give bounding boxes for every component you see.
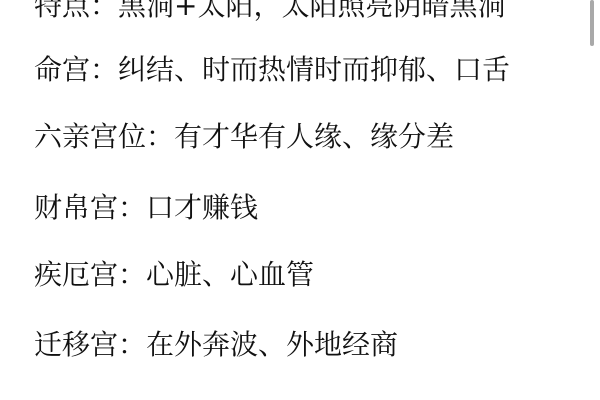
text-line-wealth-palace: 财帛宫：口才赚钱: [34, 190, 258, 226]
line-label: 迁移宫: [34, 328, 118, 361]
line-text: 黑洞+太阳，太阳照亮阴暗黑洞: [118, 0, 505, 22]
line-label: 特点: [34, 0, 90, 22]
document-page: 特点：黑洞+太阳，太阳照亮阴暗黑洞 命宫：纠结、时而热情时而抑郁、口舌 六亲宫位…: [0, 0, 600, 400]
line-separator: ：: [90, 53, 118, 86]
text-line-traits: 特点：黑洞+太阳，太阳照亮阴暗黑洞: [34, 0, 506, 24]
text-line-health-palace: 疾厄宫：心脏、心血管: [34, 257, 314, 293]
line-separator: ：: [90, 0, 118, 22]
line-separator: ：: [146, 120, 174, 153]
line-text: 纠结、时而热情时而抑郁、口舌: [118, 53, 510, 86]
text-line-life-palace: 命宫：纠结、时而热情时而抑郁、口舌: [34, 52, 510, 88]
scrollbar-thumb[interactable]: [590, 0, 594, 46]
line-text: 口才赚钱: [146, 191, 258, 224]
line-text: 心脏、心血管: [146, 258, 314, 291]
line-text: 在外奔波、外地经商: [146, 328, 398, 361]
text-line-travel-palace: 迁移宫：在外奔波、外地经商: [34, 327, 398, 363]
vertical-scrollbar[interactable]: [590, 0, 600, 400]
line-label: 疾厄宫: [34, 258, 118, 291]
line-label: 六亲宫位: [34, 120, 146, 153]
line-separator: ：: [118, 258, 146, 291]
line-separator: ：: [118, 191, 146, 224]
line-text: 有才华有人缘、缘分差: [174, 120, 454, 153]
line-separator: ：: [118, 328, 146, 361]
text-line-kinship-palace: 六亲宫位：有才华有人缘、缘分差: [34, 119, 454, 155]
line-label: 命宫: [34, 53, 90, 86]
line-label: 财帛宫: [34, 191, 118, 224]
